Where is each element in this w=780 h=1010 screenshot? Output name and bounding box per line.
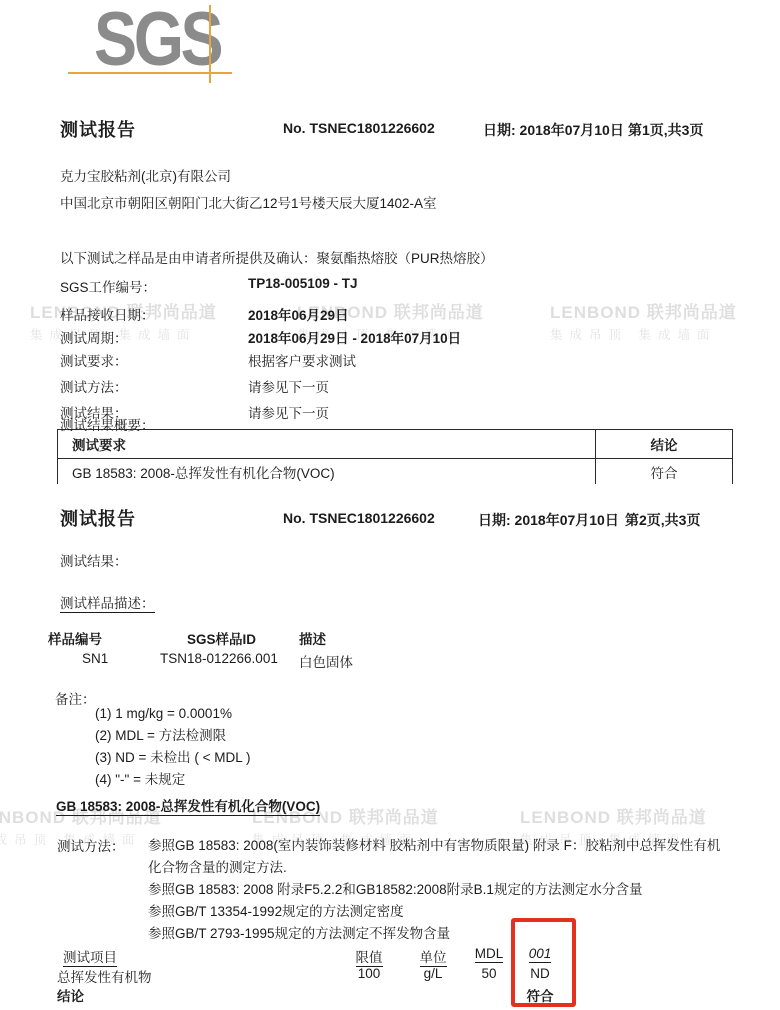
results-cell-test-item: 总挥发性有机物 xyxy=(57,966,152,986)
method-line-1: 参照GB 18583: 2008(室内装饰装修材料 胶粘剂中有害物质限量) 附录… xyxy=(148,835,720,857)
conclusion-label: 结论 xyxy=(57,985,84,1005)
results-header-test-item: 测试项目 xyxy=(63,946,117,966)
result-highlight-rectangle xyxy=(511,918,576,1007)
results-header-unit: 单位 xyxy=(406,946,460,966)
sample-statement: 以下测试之样品是由申请者所提供及确认：聚氨酯热熔胶（PUR热熔胶） xyxy=(60,247,494,267)
note-item-4: (4) "-" = 未规定 xyxy=(95,769,251,791)
method-line-3: 参照GB 18583: 2008 附录F5.2.2和GB18582:2008附录… xyxy=(148,879,720,901)
watermark-brand-text: LENBOND 联邦尚品道 xyxy=(550,298,750,323)
field-value-test-period: 2018年06月29日 - 2018年07月10日 xyxy=(248,327,461,347)
page1-page-indicator: 第1页,共3页 xyxy=(628,120,703,140)
results-cell-limit: 100 xyxy=(340,966,398,981)
notes-label: 备注： xyxy=(55,688,96,708)
page2-page-indicator: 第2页,共3页 xyxy=(625,510,700,530)
field-label-job-number: SGS工作编号： xyxy=(60,276,156,296)
field-value-test-result: 请参见下一页 xyxy=(248,402,329,422)
summary-table: 测试要求 结论 GB 18583: 2008-总挥发性有机化合物(VOC) 符合 xyxy=(57,429,733,484)
field-value-test-method: 请参见下一页 xyxy=(248,376,329,396)
sample-table-header-sgs-id: SGS样品ID xyxy=(187,628,256,648)
applicant-company-name: 克力宝胶粘剂(北京)有限公司 xyxy=(60,165,231,185)
results-section-label: 测试结果： xyxy=(60,550,128,570)
sample-cell-sgs-id: TSN18-012266.001 xyxy=(160,651,278,666)
report-document: LENBOND 联邦尚品道 集成吊顶 集成墙面 LENBOND 联邦尚品道 集成… xyxy=(0,0,780,1010)
field-label-receive-date: 样品接收日期： xyxy=(60,304,155,324)
voc-section-heading: GB 18583: 2008-总挥发性有机化合物(VOC) xyxy=(56,795,320,815)
results-header-limit: 限值 xyxy=(340,946,398,966)
lenbond-watermark: LENBOND 联邦尚品道 集成吊顶 集成墙面 xyxy=(550,298,750,343)
page1-report-title: 测试报告 xyxy=(60,116,136,142)
field-value-job-number: TP18-005109 - TJ xyxy=(248,276,358,291)
page2-report-number: No. TSNEC1801226602 xyxy=(283,510,435,526)
watermark-brand-text: LENBOND 联邦尚品道 xyxy=(520,803,720,828)
field-label-test-request: 测试要求： xyxy=(60,350,128,370)
page1-report-date: 日期: 2018年07月10日 xyxy=(483,120,624,140)
sample-cell-description: 白色固体 xyxy=(299,651,353,671)
summary-header-test-request: 测试要求 xyxy=(57,430,596,458)
results-cell-unit: g/L xyxy=(406,966,460,981)
note-item-1: (1) 1 mg/kg = 0.0001% xyxy=(95,703,251,725)
page1-report-number: No. TSNEC1801226602 xyxy=(283,120,435,136)
sample-table-header-sample-no: 样品编号 xyxy=(48,628,102,648)
summary-table-data-row: GB 18583: 2008-总挥发性有机化合物(VOC) 符合 xyxy=(57,459,733,484)
field-label-test-method: 测试方法： xyxy=(60,376,128,396)
notes-list: (1) 1 mg/kg = 0.0001% (2) MDL = 方法检测限 (3… xyxy=(95,703,251,791)
watermark-tagline-text: 集成吊顶 集成墙面 xyxy=(550,325,750,343)
method-line-5: 参照GB/T 2793-1995规定的方法测定不挥发物含量 xyxy=(148,923,720,945)
field-value-test-request: 根据客户要求测试 xyxy=(248,350,356,370)
method-line-4: 参照GB/T 13354-1992规定的方法测定密度 xyxy=(148,901,720,923)
page2-report-date: 日期: 2018年07月10日 xyxy=(478,510,619,530)
summary-cell-test-request: GB 18583: 2008-总挥发性有机化合物(VOC) xyxy=(57,459,596,484)
sample-table-header-description: 描述 xyxy=(299,628,326,648)
sgs-logo-horizontal-line xyxy=(68,72,232,74)
sample-cell-sample-no: SN1 xyxy=(82,651,108,666)
method-label: 测试方法： xyxy=(57,835,125,855)
sample-description-label: 测试样品描述： xyxy=(60,592,155,612)
summary-header-conclusion: 结论 xyxy=(596,430,733,458)
sgs-logo: SGS xyxy=(94,2,220,78)
note-item-2: (2) MDL = 方法检测限 xyxy=(95,725,251,747)
field-label-test-period: 测试周期： xyxy=(60,327,128,347)
applicant-address: 中国北京市朝阳区朝阳门北大街乙12号1号楼天辰大厦1402-A室 xyxy=(60,192,437,212)
summary-table-header-row: 测试要求 结论 xyxy=(57,430,733,459)
method-text-block: 参照GB 18583: 2008(室内装饰装修材料 胶粘剂中有害物质限量) 附录… xyxy=(148,835,720,945)
sgs-logo-vertical-line xyxy=(209,5,211,83)
method-line-2: 化合物含量的测定方法. xyxy=(148,857,720,879)
page2-report-title: 测试报告 xyxy=(60,505,136,531)
note-item-3: (3) ND = 未检出 ( < MDL ) xyxy=(95,747,251,769)
field-value-receive-date: 2018年06月29日 xyxy=(248,304,349,324)
summary-cell-conclusion: 符合 xyxy=(596,459,733,484)
